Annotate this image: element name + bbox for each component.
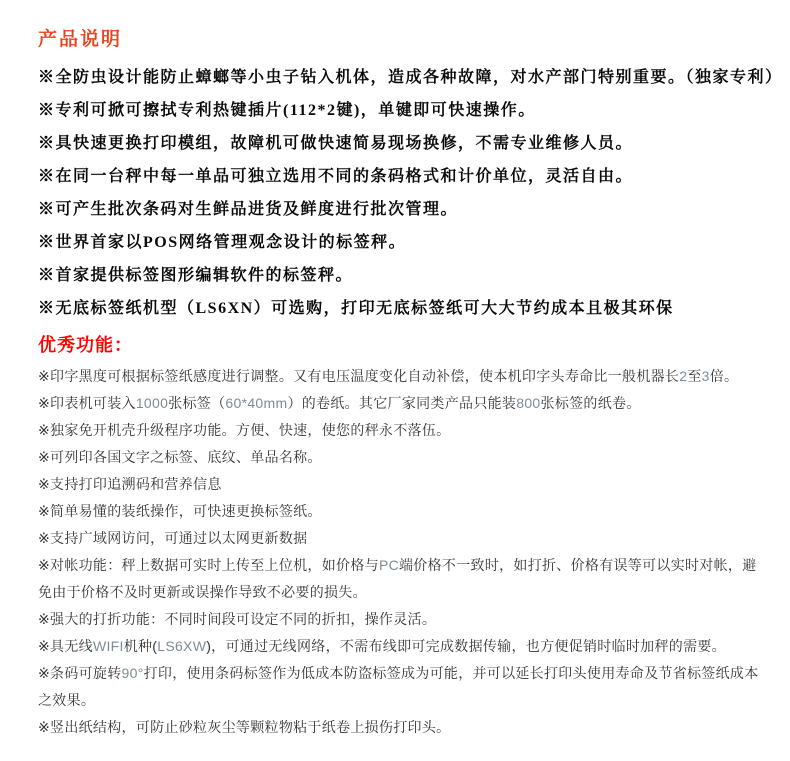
section-title-excellent-features: 优秀功能： [38,331,762,357]
product-description-list: ※全防虫设计能防止蟑螂等小虫子钻入机体，造成各种故障，对水产部门特别重要。（独家… [38,61,762,325]
section-product-description: 产品说明 ※全防虫设计能防止蟑螂等小虫子钻入机体，造成各种故障，对水产部门特别重… [38,24,762,325]
latin-text: 90° [122,665,144,681]
feature-item: ※具无线WIFI机种(LS6XW)，可通过无线网络，不需布线即可完成数据传输，也… [38,633,762,660]
product-note-item: ※无底标签纸机型（LS6XN）可选购，打印无底标签纸可大大节约成本且极其环保 [38,292,762,325]
feature-item: ※对帐功能：秤上数据可实时上传至上位机，如价格与PC端价格不一致时，如打折、价格… [38,552,762,606]
feature-item: ※可列印各国文字之标签、底纹、单品名称。 [38,444,762,471]
feature-item: ※印表机可装入1000张标签（60*40mm）的卷纸。其它厂家同类产品只能装80… [38,390,762,417]
product-note-item: ※专利可掀可擦拭专利热键插片(112*2键)，单键即可快速操作。 [38,94,762,127]
feature-item: ※支持广域网访问，可通过以太网更新数据 [38,525,762,552]
product-note-item: ※世界首家以POS网络管理观念设计的标签秤。 [38,226,762,259]
feature-item: ※简单易懂的装纸操作，可快速更换标签纸。 [38,498,762,525]
feature-item: ※支持打印追溯码和营养信息 [38,471,762,498]
latin-text: PC [379,557,399,573]
feature-item: ※强大的打折功能：不同时间段可设定不同的折扣，操作灵活。 [38,606,762,633]
latin-text: 60*40mm [225,395,287,411]
latin-text: 3 [702,368,710,384]
section-title-product-description: 产品说明 [38,24,762,51]
latin-text: 1000 [136,395,168,411]
feature-item: ※竖出纸结构，可防止砂粒灰尘等颗粒物粘于纸卷上损伤打印头。 [38,714,762,741]
product-note-item: ※具快速更换打印模组，故障机可做快速简易现场换修，不需专业维修人员。 [38,127,762,160]
section-excellent-features: 优秀功能： ※印字黑度可根据标签纸感度进行调整。又有电压温度变化自动补偿，使本机… [38,331,762,741]
feature-item: ※独家免开机壳升级程序功能。方便、快速，使您的秤永不落伍。 [38,417,762,444]
latin-text: WIFI [93,638,124,654]
latin-text: 800 [516,395,540,411]
product-note-item: ※全防虫设计能防止蟑螂等小虫子钻入机体，造成各种故障，对水产部门特别重要。（独家… [38,61,762,94]
latin-text: LS6XW [157,638,206,654]
product-description-document: 产品说明 ※全防虫设计能防止蟑螂等小虫子钻入机体，造成各种故障，对水产部门特别重… [0,0,790,761]
feature-item: ※条码可旋转90°打印，使用条码标签作为低成本防盗标签成为可能，并可以延长打印头… [38,660,762,714]
product-note-item: ※首家提供标签图形编辑软件的标签秤。 [38,259,762,292]
product-note-item: ※可产生批次条码对生鲜品进货及鲜度进行批次管理。 [38,193,762,226]
product-note-item: ※在同一台秤中每一单品可独立选用不同的条码格式和计价单位，灵活自由。 [38,160,762,193]
feature-item: ※印字黑度可根据标签纸感度进行调整。又有电压温度变化自动补偿，使本机印字头寿命比… [38,363,762,390]
latin-text: 2 [679,368,687,384]
page: { "colors": { "section1_title": "#e8431c… [0,0,790,761]
excellent-features-list: ※印字黑度可根据标签纸感度进行调整。又有电压温度变化自动补偿，使本机印字头寿命比… [38,363,762,741]
